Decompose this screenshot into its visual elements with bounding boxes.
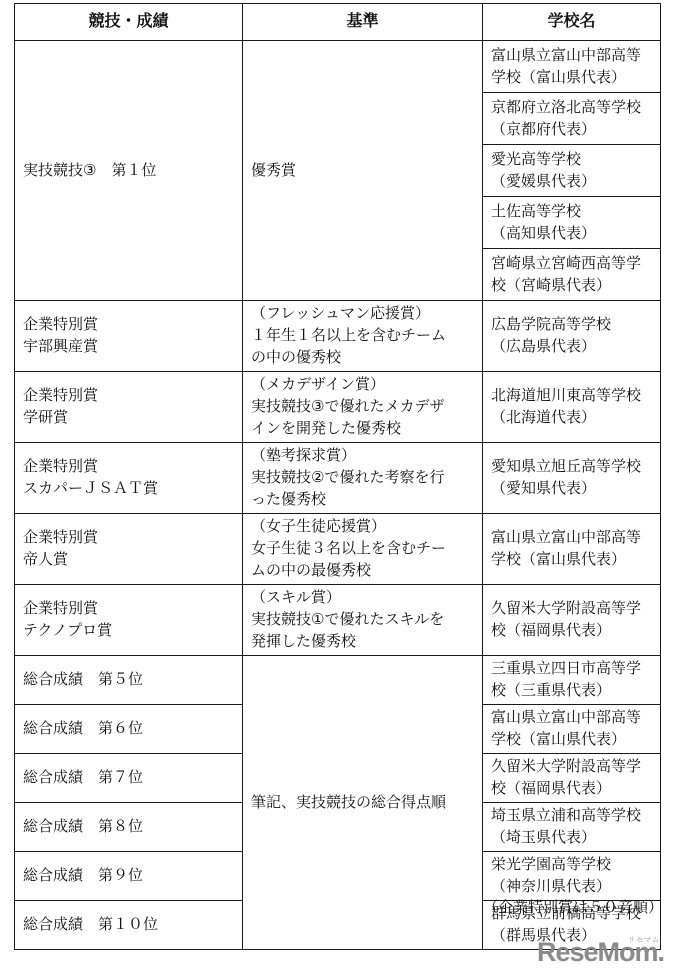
header-school: 学校名 — [483, 4, 661, 41]
table-row: 企業特別賞 学研賞 （メカデザイン賞） 実技競技③で優れたメカデザ インを開発し… — [15, 372, 661, 443]
cell-rank: 総合成績 第１０位 — [15, 901, 243, 950]
table-row: 総合成績 第５位 筆記、実技競技の総合得点順 三重県立四日市高等学 校（三重県代… — [15, 656, 661, 705]
cell-award: 企業特別賞 スカパーＪＳＡＴ賞 — [15, 443, 243, 514]
cell-school: 広島学院高等学校 （広島県代表） — [483, 301, 661, 372]
cell-rank: 総合成績 第５位 — [15, 656, 243, 705]
header-criteria: 基準 — [243, 4, 483, 41]
cell-school: 北海道旭川東高等学校 （北海道代表） — [483, 372, 661, 443]
cell-school: 埼玉県立浦和高等学校 （埼玉県代表） — [483, 803, 661, 852]
cell-rank: 総合成績 第７位 — [15, 754, 243, 803]
cell-school: 土佐高等学校 （高知県代表） — [483, 197, 661, 249]
table-row: 企業特別賞 帝人賞 （女子生徒応援賞） 女子生徒３名以上を含むチー ムの中の最優… — [15, 514, 661, 585]
cell-school: 三重県立四日市高等学 校（三重県代表） — [483, 656, 661, 705]
cell-group1-competition: 実技競技③ 第１位 — [15, 41, 243, 301]
table-row: 企業特別賞 スカパーＪＳＡＴ賞 （塾考探求賞） 実技競技②で優れた考察を行 った… — [15, 443, 661, 514]
cell-criteria: （塾考探求賞） 実技競技②で優れた考察を行 った優秀校 — [243, 443, 483, 514]
resemom-logo: リセマム ReseMom. — [537, 937, 664, 968]
cell-award: 企業特別賞 学研賞 — [15, 372, 243, 443]
cell-overall-criteria: 筆記、実技競技の総合得点順 — [243, 656, 483, 950]
cell-criteria: （スキル賞） 実技競技①で優れたスキルを 発揮した優秀校 — [243, 585, 483, 656]
cell-award: 企業特別賞 帝人賞 — [15, 514, 243, 585]
cell-criteria: （メカデザイン賞） 実技競技③で優れたメカデザ インを開発した優秀校 — [243, 372, 483, 443]
cell-school: 久留米大学附設高等学 校（福岡県代表） — [483, 754, 661, 803]
header-competition: 競技・成績 — [15, 4, 243, 41]
cell-school: 栄光学園高等学校 （神奈川県代表） — [483, 852, 661, 901]
cell-school: 京都府立洛北高等学校 （京都府代表） — [483, 93, 661, 145]
cell-school: 宮崎県立宮崎西高等学 校（宮崎県代表） — [483, 249, 661, 301]
cell-group1-criteria: 優秀賞 — [243, 41, 483, 301]
cell-criteria: （女子生徒応援賞） 女子生徒３名以上を含むチー ムの中の最優秀校 — [243, 514, 483, 585]
cell-school: 富山県立富山中部高等 学校（富山県代表） — [483, 41, 661, 93]
cell-school: 愛知県立旭丘高等学校 （愛知県代表） — [483, 443, 661, 514]
cell-school: 愛光高等学校 （愛媛県代表） — [483, 145, 661, 197]
cell-rank: 総合成績 第８位 — [15, 803, 243, 852]
results-table: 競技・成績 基準 学校名 実技競技③ 第１位 優秀賞 富山県立富山中部高等 学校… — [14, 3, 661, 950]
table-header-row: 競技・成績 基準 学校名 — [15, 4, 661, 41]
cell-criteria: （フレッシュマン応援賞） １年生１名以上を含むチーム の中の優秀校 — [243, 301, 483, 372]
cell-award: 企業特別賞 テクノプロ賞 — [15, 585, 243, 656]
table-row: 実技競技③ 第１位 優秀賞 富山県立富山中部高等 学校（富山県代表） — [15, 41, 661, 93]
cell-school: 久留米大学附設高等学 校（福岡県代表） — [483, 585, 661, 656]
table-row: 企業特別賞 宇部興産賞 （フレッシュマン応援賞） １年生１名以上を含むチーム の… — [15, 301, 661, 372]
cell-school: 富山県立富山中部高等 学校（富山県代表） — [483, 705, 661, 754]
resemom-logo-ruby: リセマム — [628, 935, 660, 945]
cell-award: 企業特別賞 宇部興産賞 — [15, 301, 243, 372]
document-page: 競技・成績 基準 学校名 実技競技③ 第１位 優秀賞 富山県立富山中部高等 学校… — [0, 0, 677, 979]
footer-note: （企業特別賞は５０音順） — [483, 896, 663, 917]
cell-rank: 総合成績 第９位 — [15, 852, 243, 901]
cell-rank: 総合成績 第６位 — [15, 705, 243, 754]
table-row: 企業特別賞 テクノプロ賞 （スキル賞） 実技競技①で優れたスキルを 発揮した優秀… — [15, 585, 661, 656]
cell-school: 富山県立富山中部高等 学校（富山県代表） — [483, 514, 661, 585]
